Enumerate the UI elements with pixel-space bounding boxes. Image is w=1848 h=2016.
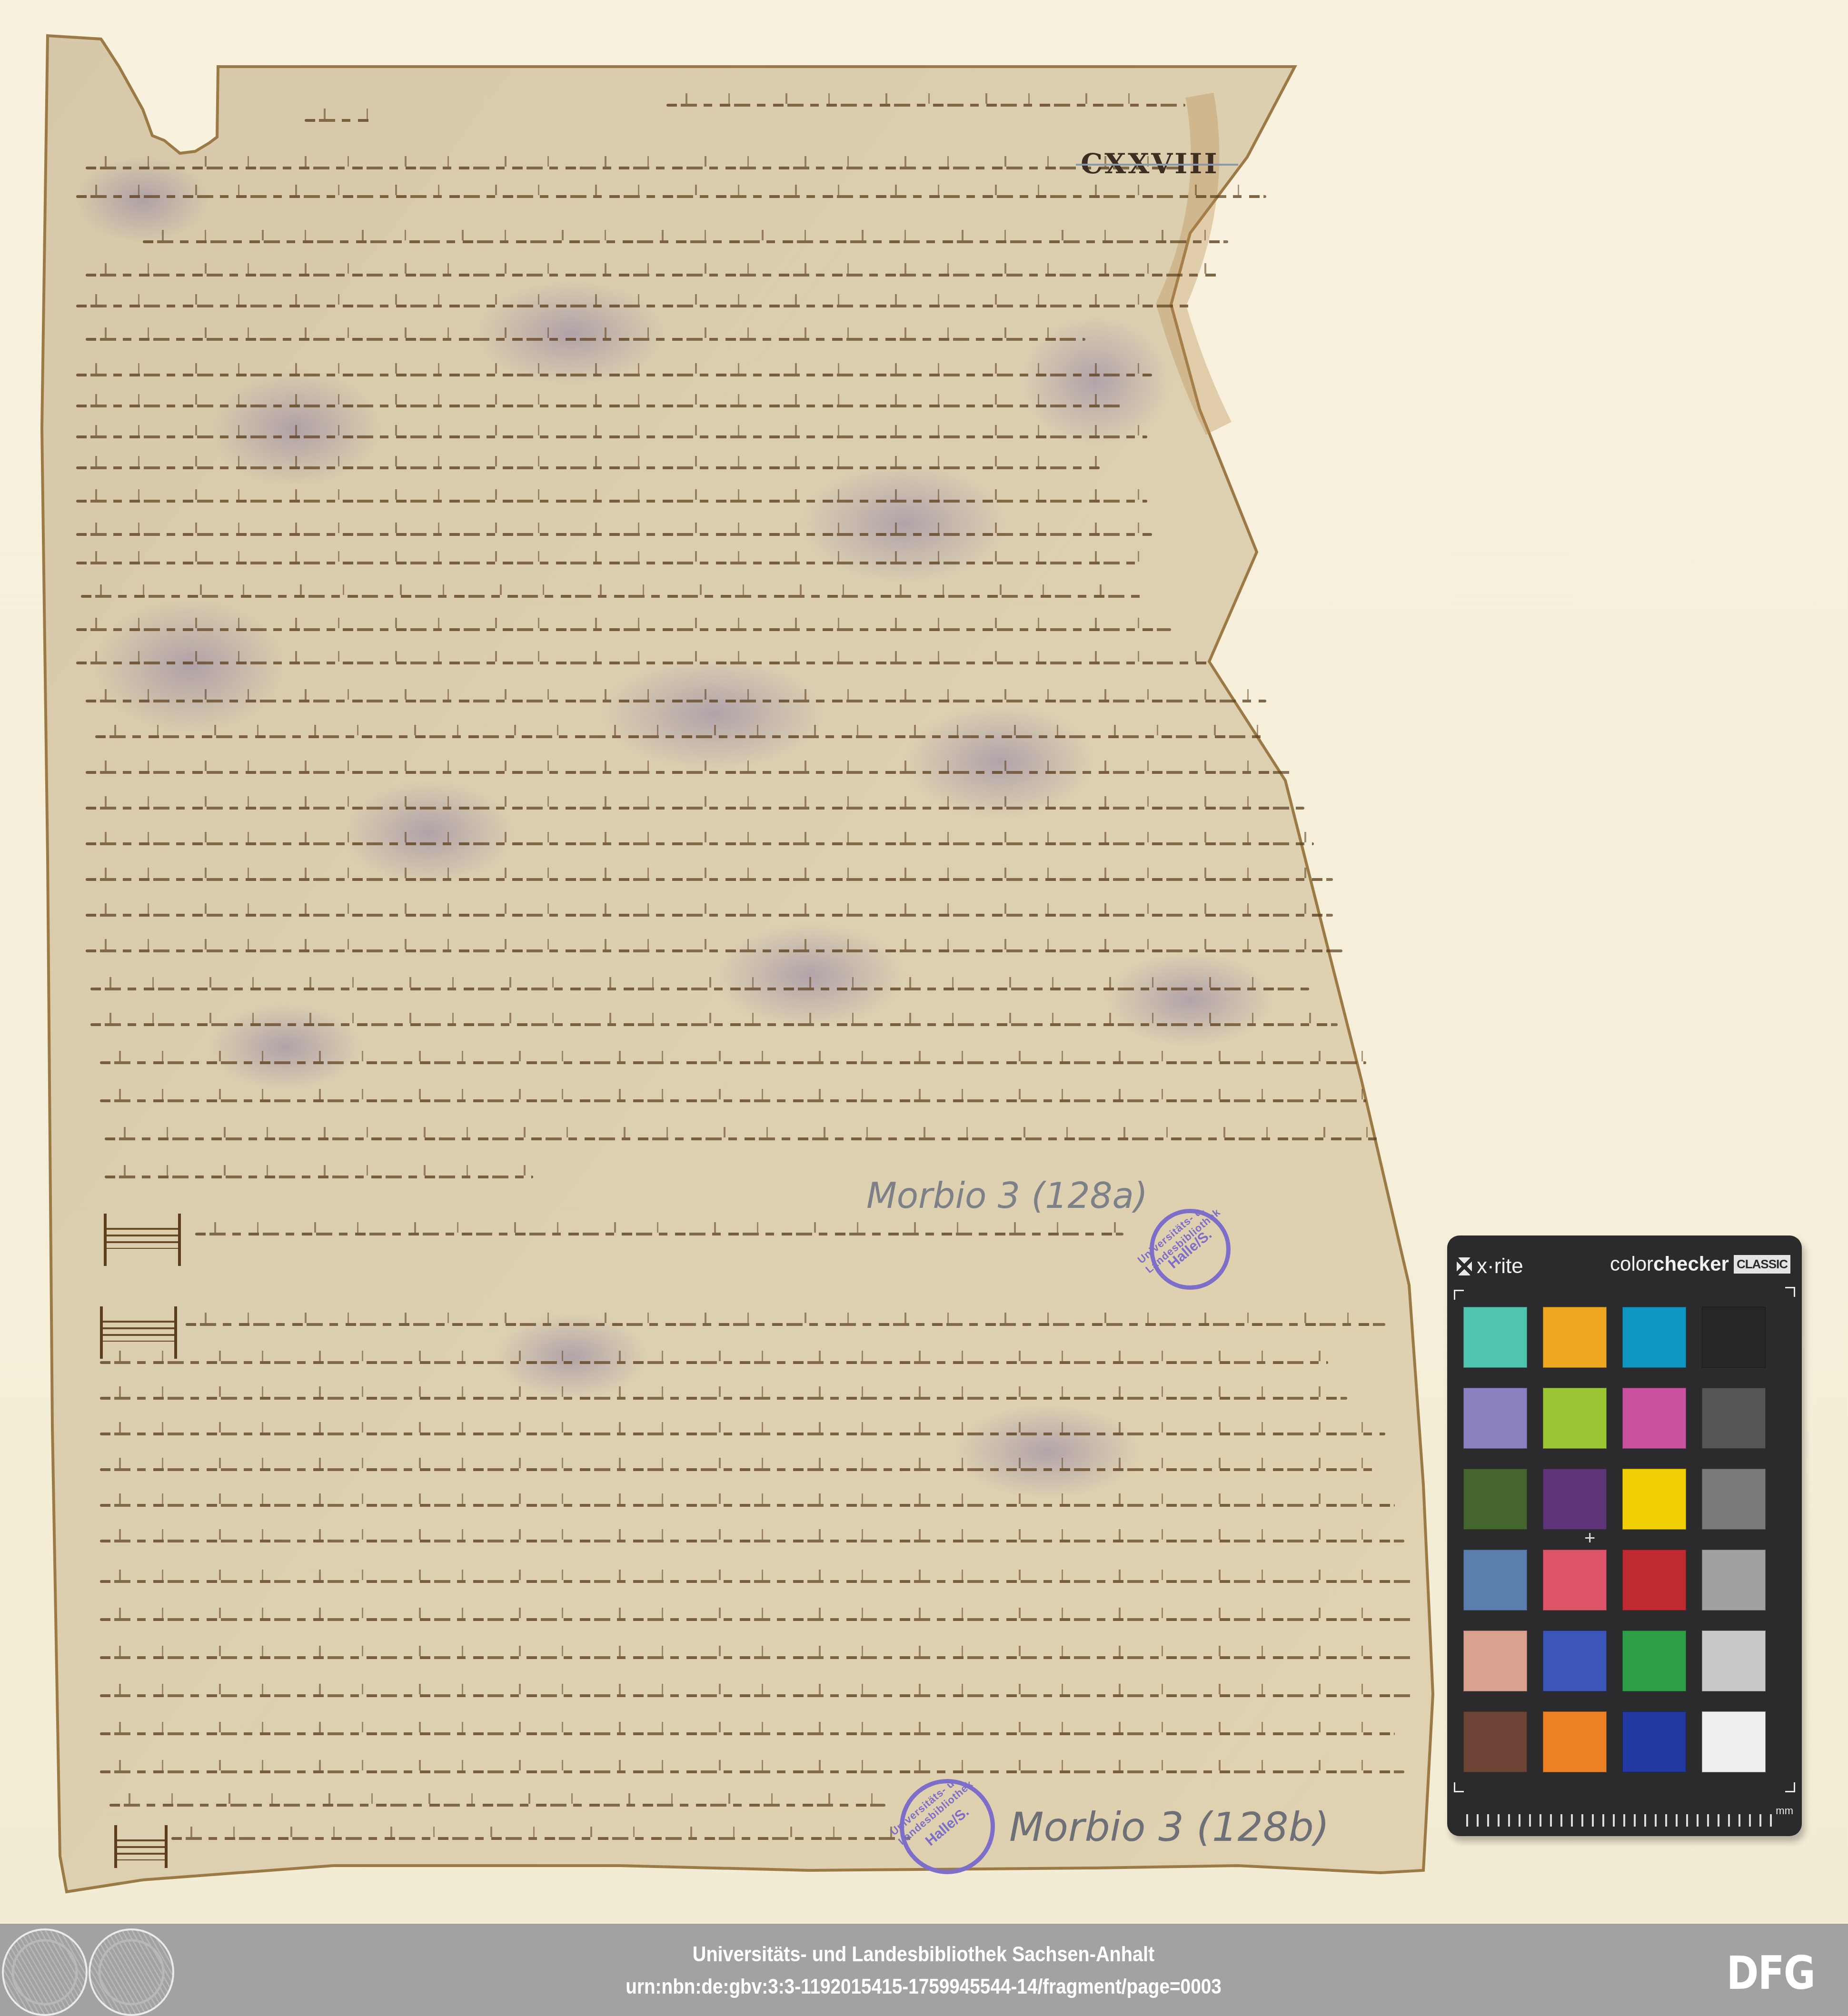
university-seal-icon [2, 1928, 88, 2016]
product-name-light: color [1610, 1253, 1653, 1275]
archival-note-128b: Morbio 3 (128b) [1009, 1804, 1330, 1850]
color-patch [1702, 1469, 1766, 1530]
color-patch [1543, 1550, 1607, 1611]
colorchecker-card: x·rite color checker CLASSIC + mm [1447, 1235, 1802, 1836]
color-patch [1702, 1631, 1766, 1691]
color-patch [1463, 1711, 1527, 1772]
library-stamp: Universitäts- u. Landesbibliothek Halle/… [900, 1779, 995, 1874]
color-patch [1702, 1550, 1766, 1611]
classic-badge: CLASSIC [1734, 1255, 1790, 1274]
color-patch [1463, 1307, 1527, 1368]
color-patch [1622, 1550, 1686, 1611]
color-patch [1622, 1388, 1686, 1449]
corner-mark-icon [1454, 1290, 1464, 1300]
library-stamp: Universitäts- u. Landesbibliothek Halle/… [1150, 1209, 1231, 1290]
color-patch [1463, 1388, 1527, 1449]
color-patch [1622, 1631, 1686, 1691]
colorchecker-product-name: color checker CLASSIC [1610, 1253, 1790, 1275]
color-patch [1622, 1711, 1686, 1772]
product-name-bold: checker [1653, 1253, 1729, 1275]
xrite-brand-label: x·rite [1477, 1255, 1523, 1278]
color-patch [1543, 1388, 1607, 1449]
color-patch [1622, 1469, 1686, 1530]
crosshair-icon: + [1584, 1529, 1595, 1548]
color-patch [1543, 1307, 1607, 1368]
corner-mark-icon [1454, 1782, 1464, 1792]
xrite-logo: x·rite [1457, 1255, 1523, 1278]
mm-ruler [1466, 1814, 1773, 1827]
xrite-x-icon [1457, 1257, 1472, 1275]
color-patch [1702, 1307, 1766, 1368]
color-patch [1463, 1469, 1527, 1530]
dfg-logo: DFG [1727, 1947, 1815, 2000]
color-patch [1543, 1711, 1607, 1772]
footer-banner: Universitäts- und Landesbibliothek Sachs… [0, 1924, 1848, 2016]
color-patch [1463, 1631, 1527, 1691]
corner-mark-icon [1785, 1782, 1795, 1792]
color-patch [1463, 1550, 1527, 1611]
archival-note-128a: Morbio 3 (128a) [866, 1176, 1148, 1216]
shelf-mark: CXXVIII [1081, 148, 1219, 180]
urn-identifier[interactable]: urn:nbn:de:gbv:3:3-1192015415-1759945544… [23, 1975, 1824, 1999]
color-patch [1543, 1469, 1607, 1530]
color-patch [1622, 1307, 1686, 1368]
corner-mark-icon [1785, 1287, 1795, 1297]
institution-name: Universitäts- und Landesbibliothek Sachs… [2, 1943, 1845, 1967]
color-patch [1543, 1631, 1607, 1691]
ruler-unit-label: mm [1776, 1805, 1793, 1817]
color-patch [1702, 1711, 1766, 1772]
color-patch [1702, 1388, 1766, 1449]
color-patch-grid [1461, 1307, 1787, 1772]
wittenberg-seal-icon [89, 1928, 174, 2016]
